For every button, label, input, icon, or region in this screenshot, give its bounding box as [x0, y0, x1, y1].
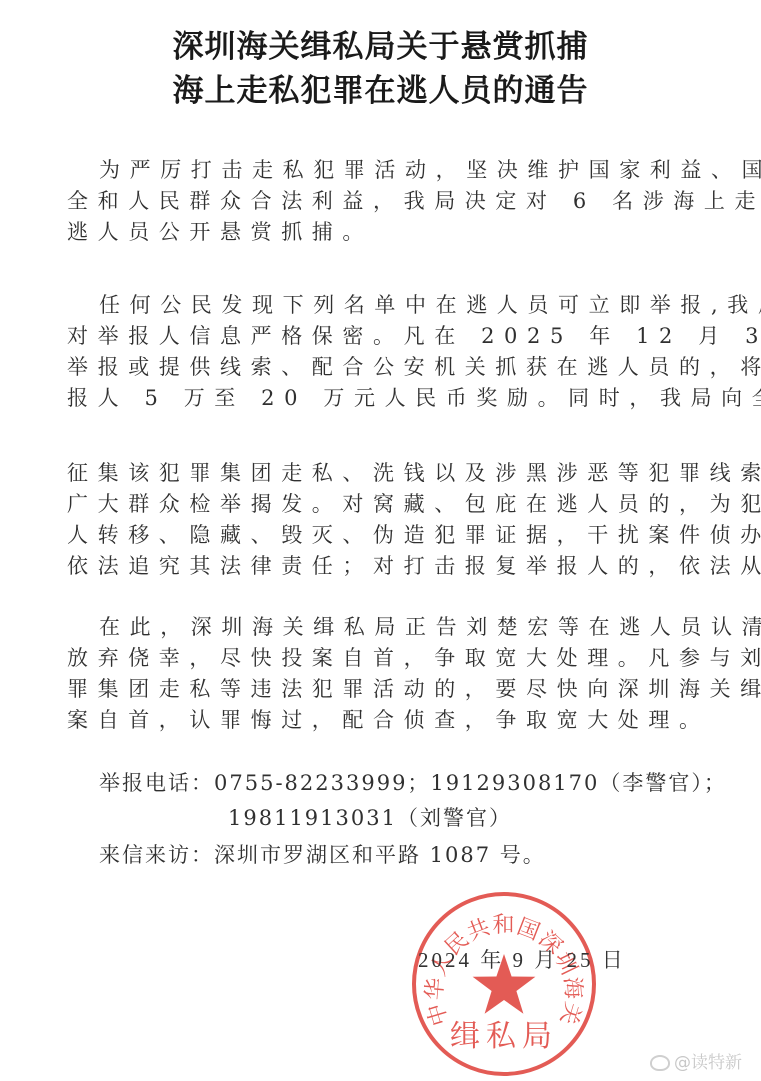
paragraph-2-line-3: 举报或提供线索、配合公安机关抓获在逃人员的，将给予举 [67, 352, 687, 382]
paragraph-2-line-2: 对举报人信息严格保密。凡在 2025 年 12 月 31 日前向我局 [67, 321, 687, 351]
address-label: 来信来访： [99, 843, 214, 867]
report-phone-label: 举报电话： [99, 771, 214, 795]
weibo-logo-icon [650, 1055, 670, 1071]
report-phone-line-2: 19811913031（刘警官） [228, 803, 761, 833]
paragraph-1-line-1: 为严厉打击走私犯罪活动，坚决维护国家利益、国门安 [99, 155, 719, 185]
paragraph-2-line-8: 依法追究其法律责任；对打击报复举报人的，依法从严惩处。 [67, 551, 687, 581]
paragraph-2-line-7: 人转移、隐藏、毁灭、伪造犯罪证据，干扰案件侦办的，将 [67, 520, 687, 550]
report-phone-numbers: 0755-82233999；19129308170（李警官）； [214, 771, 727, 795]
notice-title-line-2: 海上走私犯罪在逃人员的通告 [0, 70, 761, 112]
paragraph-3-line-2: 放弃侥幸，尽快投案自首，争取宽大处理。凡参与刘楚宏犯 [67, 643, 687, 673]
paragraph-3-line-3: 罪集团走私等违法犯罪活动的，要尽快向深圳海关缉私局投 [67, 674, 687, 704]
paragraph-1-line-2: 全和人民群众合法利益，我局决定对 6 名涉海上走私犯罪在 [67, 186, 687, 216]
weibo-watermark: @读特新 [650, 1048, 742, 1073]
paragraph-3-line-4: 案自首，认罪悔过，配合侦查，争取宽大处理。 [67, 705, 687, 735]
paragraph-3-line-1: 在此，深圳海关缉私局正告刘楚宏等在逃人员认清形势， [99, 612, 719, 642]
address-value: 深圳市罗湖区和平路 1087 号。 [214, 843, 546, 867]
paragraph-2-line-5: 征集该犯罪集团走私、洗钱以及涉黑涉恶等犯罪线索，欢迎 [67, 458, 687, 488]
seal-bottom-text: 缉私局 [416, 1011, 592, 1055]
address-line: 来信来访：深圳市罗湖区和平路 1087 号。 [99, 840, 719, 870]
paragraph-2-line-6: 广大群众检举揭发。对窝藏、包庇在逃人员的，为犯罪嫌疑 [67, 489, 687, 519]
paragraph-2-line-1: 任何公民发现下列名单中在逃人员可立即举报,我局将 [99, 290, 719, 320]
report-phone-line: 举报电话：0755-82233999；19129308170（李警官）； [99, 768, 719, 798]
paragraph-2-line-4: 报人 5 万至 20 万元人民币奖励。同时，我局向全社会公开 [67, 383, 687, 413]
notice-date: 2024 年 9 月 25 日 [418, 944, 626, 974]
official-seal: 中华人民共和国深圳海关 缉私局 [412, 892, 596, 1076]
notice-title-line-1: 深圳海关缉私局关于悬赏抓捕 [0, 26, 761, 68]
paragraph-1-line-3: 逃人员公开悬赏抓捕。 [67, 217, 687, 247]
watermark-text: @读特新 [674, 1053, 742, 1073]
